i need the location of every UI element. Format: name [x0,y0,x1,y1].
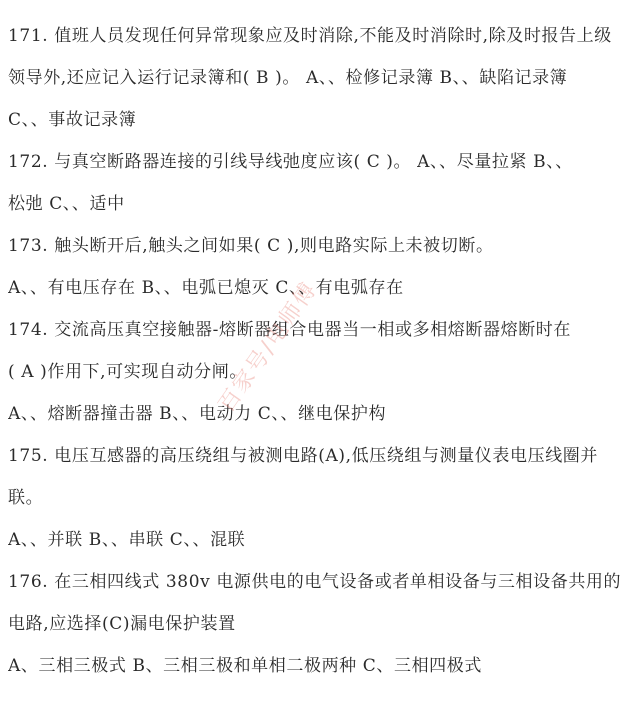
options-line: A、、熔断器撞击器 B、、电动力 C、、继电保护构 [8,393,634,435]
options-line: A、、并联 B、、串联 C、、混联 [8,519,634,561]
question-line: 电路,应选择(C)漏电保护装置 [8,603,634,645]
options-line: A、三相三极式 B、三相三极和单相二极两种 C、三相四极式 [8,645,634,687]
options-line: A、、有电压存在 B、、电弧已熄灭 C、、有电弧存在 [8,267,634,309]
question-171: 171. 值班人员发现任何异常现象应及时消除,不能及时消除时,除及时报告上级 领… [8,15,634,141]
question-line: 领导外,还应记入运行记录簿和( B )。 A、、检修记录簿 B、、缺陷记录簿 [8,57,634,99]
question-line: 175. 电压互感器的高压绕组与被测电路(A),低压绕组与测量仪表电压线圈并 [8,435,634,477]
question-175: 175. 电压互感器的高压绕组与被测电路(A),低压绕组与测量仪表电压线圈并 联… [8,435,634,561]
question-line: 174. 交流高压真空接触器-熔断器组合电器当一相或多相熔断器熔断时在 [8,309,634,351]
options-line: 松弛 C、、适中 [8,183,634,225]
document-body: 171. 值班人员发现任何异常现象应及时消除,不能及时消除时,除及时报告上级 领… [8,15,634,687]
question-line: ( A )作用下,可实现自动分闸。 [8,351,634,393]
options-line: C、、事故记录簿 [8,99,634,141]
question-line: 171. 值班人员发现任何异常现象应及时消除,不能及时消除时,除及时报告上级 [8,15,634,57]
question-line: 172. 与真空断路器连接的引线导线弛度应该( C )。 A、、尽量拉紧 B、、 [8,141,634,183]
question-172: 172. 与真空断路器连接的引线导线弛度应该( C )。 A、、尽量拉紧 B、、… [8,141,634,225]
question-173: 173. 触头断开后,触头之间如果( C ),则电路实际上未被切断。 A、、有电… [8,225,634,309]
question-line: 联。 [8,477,634,519]
question-line: 176. 在三相四线式 380v 电源供电的电气设备或者单相设备与三相设备共用的 [8,561,634,603]
question-176: 176. 在三相四线式 380v 电源供电的电气设备或者单相设备与三相设备共用的… [8,561,634,687]
question-line: 173. 触头断开后,触头之间如果( C ),则电路实际上未被切断。 [8,225,634,267]
question-174: 174. 交流高压真空接触器-熔断器组合电器当一相或多相熔断器熔断时在 ( A … [8,309,634,435]
